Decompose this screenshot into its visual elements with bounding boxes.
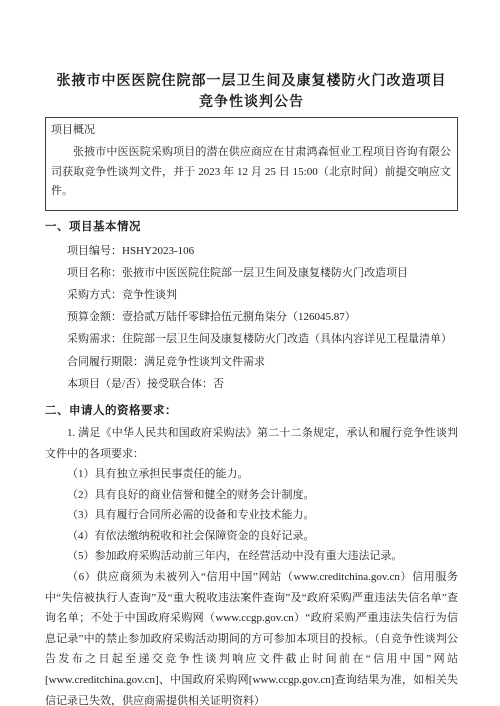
document-title-line1: 张掖市中医医院住院部一层卫生间及康复楼防火门改造项目 <box>45 71 458 92</box>
page-content: 张掖市中医医院住院部一层卫生间及康复楼防火门改造项目 竞争性谈判公告 项目概况 … <box>0 0 500 706</box>
document-title: 张掖市中医医院住院部一层卫生间及康复楼防火门改造项目 竞争性谈判公告 <box>45 71 458 113</box>
procurement-demand: 采购需求：住院部一层卫生间及康复楼防火门改造（具体内容详见工程量清单） <box>45 328 458 350</box>
section2-heading: 二、申请人的资格要求： <box>45 404 458 419</box>
qualification-item-4: （4）有依法缴纳税收和社会保障资金的良好记录。 <box>45 526 458 547</box>
project-name: 项目名称：张掖市中医医院住院部一层卫生间及康复楼防火门改造项目 <box>45 262 458 284</box>
project-info-list: 项目编号：HSHY2023-106 项目名称：张掖市中医医院住院部一层卫生间及康… <box>45 240 458 395</box>
qualification-item-3: （3）具有履行合同所必需的设备和专业技术能力。 <box>45 505 458 526</box>
document-title-line2: 竞争性谈判公告 <box>45 92 458 113</box>
contract-period: 合同履行期限：满足竞争性谈判文件需求 <box>45 351 458 373</box>
qualification-requirements: 1. 满足《中华人民共和国政府采购法》第二十二条规定，承认和履行竞争性谈判文件中… <box>45 423 458 706</box>
qualification-intro: 1. 满足《中华人民共和国政府采购法》第二十二条规定，承认和履行竞争性谈判文件中… <box>45 423 458 464</box>
consortium-accepted: 本项目（是/否）接受联合体：否 <box>45 373 458 395</box>
budget-amount: 预算金额：壹拾贰万陆仟零肆拾伍元捌角柒分（126045.87） <box>45 306 458 328</box>
qualification-item-1: （1）具有独立承担民事责任的能力。 <box>45 464 458 485</box>
qualification-item-2: （2）具有良好的商业信誉和健全的财务会计制度。 <box>45 485 458 506</box>
procurement-method: 采购方式：竞争性谈判 <box>45 284 458 306</box>
qualification-item-5: （5）参加政府采购活动前三年内，在经营活动中没有重大违法记录。 <box>45 546 458 567</box>
document-page: 张掖市中医医院住院部一层卫生间及康复楼防火门改造项目 竞争性谈判公告 项目概况 … <box>0 0 500 706</box>
project-overview-box: 项目概况 张掖市中医医院采购项目的潜在供应商应在甘肃鸿森恒业工程项目咨询有限公司… <box>45 117 458 211</box>
qualification-item-6: （6）供应商须为未被列入“信用中国”网站（www.creditchina.gov… <box>45 567 458 706</box>
overview-paragraph: 张掖市中医医院采购项目的潜在供应商应在甘肃鸿森恒业工程项目咨询有限公司获取竞争性… <box>51 143 451 202</box>
overview-label: 项目概况 <box>51 123 451 137</box>
project-number: 项目编号：HSHY2023-106 <box>45 240 458 262</box>
section1-heading: 一、项目基本情况 <box>45 220 458 235</box>
